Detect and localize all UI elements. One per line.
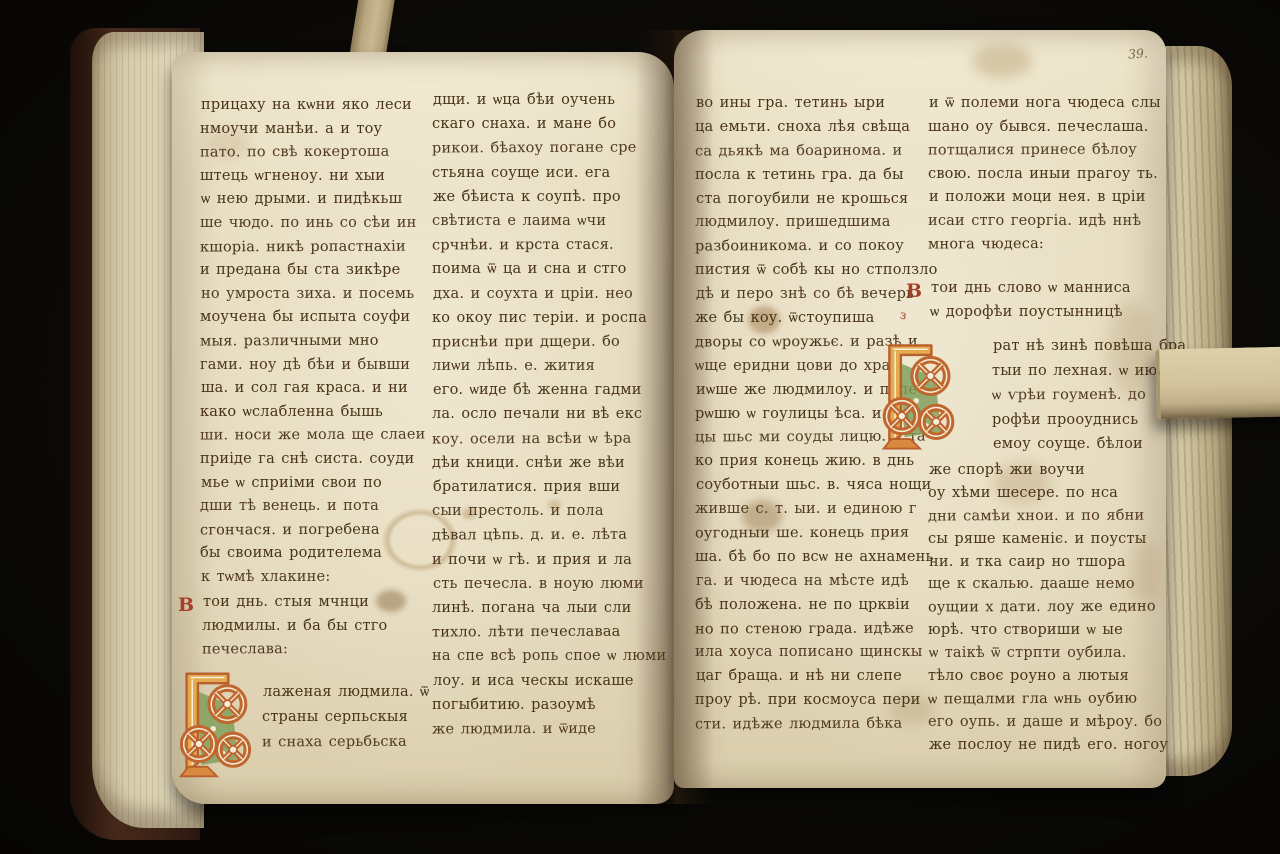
manuscript-line: людмилы. и ба бы стго [202, 618, 426, 642]
manuscript-line: шано оу бывся. печеслаша. [928, 119, 1158, 143]
manuscript-line: сыи престоль. и пола [432, 503, 656, 527]
manuscript-line: разбоиникома. и со покоу [695, 238, 919, 263]
manuscript-line: посла к тетинь гра. да бы [695, 167, 919, 191]
page-number: 39. [1128, 45, 1149, 61]
manuscript-line: многа чюдеса: [928, 235, 1158, 260]
manuscript-line: ша. и сол гая краса. и ни [201, 380, 425, 404]
manuscript-line: ще к скалью. дааше немо [928, 576, 1158, 599]
manuscript-line: тои днь слово ѡ манниса [931, 280, 1161, 304]
manuscript-line: но умроста зиха. и посемь [201, 286, 425, 310]
manuscript-line: же людмила. и ѿиде [432, 720, 656, 745]
manuscript-line: линѣ. погана ча лыи сли [432, 600, 656, 624]
manuscript-line: емоу соуще. бѣлои [993, 436, 1163, 461]
text-column-2: дщи. и ѡца бѣи оученьскаго снаха. и мане… [432, 92, 656, 745]
manuscript-line: людмилоу. пришедшима [695, 214, 919, 238]
manuscript-line: оущии х дати. лоу же едино [928, 599, 1158, 623]
manuscript-line: же послоу не пидѣ его. ногоу [929, 737, 1159, 760]
manuscript-line: печеслава: [202, 641, 426, 666]
manuscript-line: сти. идѣже людмила бѣка [695, 716, 919, 741]
manuscript-line: свѣтиста е лаима ѡчи [432, 213, 656, 237]
manuscript-line: сгончася. и погребена [200, 521, 424, 546]
manuscript-line: кшоріа. никѣ ропастнахіи [200, 238, 424, 263]
text-column-4-rubric: тои днь слово ѡ маннисаѡ дорофѣи поустын… [930, 280, 1160, 328]
rubric-initial: В [906, 280, 922, 302]
manuscript-line: его. ѡиде бѣ женна гадми [433, 382, 657, 406]
text-column-4: и ѿ полеми нога чюдеса слышано оу бывся.… [928, 95, 1158, 260]
manuscript-line: рат нѣ зинѣ повѣша бра [993, 338, 1163, 363]
manuscript-line: приіде га снѣ систа. соуди [200, 451, 424, 475]
initial-letter-value: Б [0, 0, 1, 1]
manuscript-line: лаженая людмила. ѿ [263, 684, 433, 709]
manuscript-line: оу хѣми шесере. по нса [928, 485, 1158, 508]
manuscript-line: сы ряше каменіє. и поусты [928, 531, 1158, 554]
manuscript-line: оугодныи ше. конець прия [695, 525, 919, 550]
manuscript-line: гами. ноу дѣ бѣи и бывши [200, 357, 424, 381]
manuscript-line: ѡ пещалми гла ѡнь оубию [928, 690, 1158, 714]
manuscript-line: прицаху на кѡни яко леси [201, 97, 425, 121]
manuscript-line: мье ѡ сприіми свои по [201, 475, 425, 499]
manuscript-line: сть печесла. в ноую люми [433, 576, 657, 600]
manuscript-line: ша. бѣ бо по всѡ не ахнамень [695, 549, 919, 573]
manuscript-line: са дьякѣ ма боаринома. и [695, 142, 919, 167]
manuscript-line: же бѣиста к соупѣ. про [433, 189, 657, 213]
manuscript-line: лоу. и иса ческы искаше [433, 673, 657, 697]
manuscript-line: приснѣи при дщери. бо [432, 333, 656, 358]
manuscript-line: дѣ и перо знѣ со бѣ вечерь [696, 286, 920, 310]
manuscript-line: стьяна соуще иси. ега [432, 165, 656, 189]
manuscript-line: га. и чюдеса на мѣсте идѣ [696, 573, 920, 597]
manuscript-line: и почи ѡ гѣ. и прия и ла [432, 552, 656, 576]
manuscript-line: но по стеною града. идѣже [695, 620, 919, 645]
manuscript-line: дщи. и ѡца бѣи оучень [433, 92, 657, 116]
manuscript-line: поима ѿ ца и сна и стго [432, 261, 656, 285]
manuscript-line: бы своима родителема [200, 545, 424, 569]
manuscript-line: ѡ ѵрѣи гоуменѣ. до [992, 387, 1162, 412]
manuscript-line: соуботныи шьс. в. чяса нощи [696, 477, 920, 501]
illuminated-initial-b [876, 330, 962, 464]
manuscript-line: бѣ положена. не по црквіи [695, 597, 919, 621]
wood-stick-right [1155, 347, 1280, 420]
initial-letter-value: Б [0, 0, 1, 1]
manuscript-line: страны серпьскыя [262, 709, 432, 734]
manuscript-line: скаго снаха. и мане бо [432, 116, 656, 140]
illuminated-initial-b [170, 668, 262, 782]
manuscript-line: рофѣи прооуднись [992, 412, 1162, 437]
text-column-1-beside-initial: лаженая людмила. ѿстраны серпьскыяи снах… [262, 684, 432, 759]
manuscript-line: ца емьти. сноха лѣя свѣща [695, 119, 919, 143]
manuscript-line: ши. носи же мола ще слаеи [200, 427, 424, 452]
manuscript-line: ѡ дорофѣи поустынницѣ [930, 304, 1160, 328]
manuscript-line: ѡ таікѣ ѿ стрпти оубила. [929, 645, 1159, 668]
manuscript-line: тѣло своє роуно а лютыя [928, 668, 1158, 691]
manuscript-line: юрѣ. что створиши ѡ ые [928, 622, 1158, 645]
manuscript-line: ла. осло печали ни вѣ екс [432, 406, 656, 430]
manuscript-line: ста погоубили не крошься [696, 191, 920, 215]
manuscript-line: пато. по свѣ кокертоша [200, 144, 424, 169]
manuscript-line: нмоучи манѣи. а и тоу [200, 121, 424, 145]
manuscript-line: ко окоу пис теріи. и роспа [432, 310, 656, 334]
manuscript-line: тои днь. стыя мчнци [203, 594, 427, 618]
manuscript-line: ѡ нею дрыми. и пидѣкьш [201, 191, 425, 215]
manuscript-line: на спе всѣ ропь спое ѡ люми [432, 648, 656, 672]
manuscript-line: исаи стго георгіа. идѣ ннѣ [928, 213, 1158, 237]
manuscript-line: ше чюдо. по инь со сѣи ин [200, 215, 424, 239]
text-column-4-beside-initial: рат нѣ зинѣ повѣша братыи по лехная. ѡ и… [992, 338, 1162, 461]
manuscript-line: тихло. лѣти печеславаа [432, 624, 656, 649]
manuscript-line: и предана бы ста зикѣре [200, 262, 424, 286]
manuscript-line: ни. и тка саир но тшора [929, 554, 1159, 577]
manuscript-line: во ины гра. тетинь ыри [696, 95, 920, 119]
manuscript-line: его оупь. и даше и мѣроу. бо [928, 714, 1158, 737]
text-column-1: прицаху на кѡни яко лесинмоучи манѣи. а … [200, 97, 424, 592]
manuscript-line: како ѡслабленна бышь [200, 404, 424, 428]
manuscript-line: цаг браща. и нѣ ни слепе [696, 668, 920, 692]
manuscript-photo: 39. прицаху на кѡни яко лесинмоучи манѣи… [0, 0, 1280, 854]
text-column-4-lower: же спорѣ жи воучиоу хѣми шесере. по нсад… [928, 462, 1158, 760]
manuscript-line: живше с. т. ыи. и единою г [695, 501, 919, 525]
manuscript-line: и снаха серьбьска [262, 734, 432, 760]
manuscript-line: пистия ѿ собѣ кы но стползло [695, 262, 919, 286]
manuscript-line: же спорѣ жи воучи [929, 462, 1159, 485]
manuscript-line: срчнѣи. и крста стася. [432, 237, 656, 262]
manuscript-line: мыя. различными мно [200, 332, 424, 357]
manuscript-line: дѣи кници. снѣи же вѣи [432, 455, 656, 479]
manuscript-line: рикои. бѣахоу погане сре [432, 140, 656, 165]
manuscript-line: моучена бы испыта соуфи [200, 309, 424, 333]
rubric-initial: В [178, 594, 194, 616]
manuscript-line: проу рѣ. при космоуса пери [695, 692, 919, 716]
manuscript-line: дха. и соухта и цріи. нео [433, 286, 657, 310]
manuscript-line: штець ѡгненоу. ни хыи [200, 168, 424, 192]
manuscript-line: и ѿ полеми нога чюдеса слы [929, 95, 1159, 119]
manuscript-line: тыи по лехная. ѡ июѡ [992, 363, 1162, 388]
manuscript-line: лиѡи лѣпь. е. жития [432, 358, 656, 382]
manuscript-line: дѣвал цѣпь. д. и. е. лѣта [432, 527, 656, 552]
manuscript-line: потщалися принесе бѣлоу [928, 141, 1158, 166]
manuscript-line: ила хоуса пописано щинскы [695, 644, 919, 668]
manuscript-line: коу. осели на всѣи ѡ ѣра [432, 430, 656, 455]
manuscript-line: дни самѣи хнои. и по ябни [928, 507, 1158, 531]
manuscript-line: дши тѣ венець. и пота [200, 498, 424, 522]
text-column-1-rubric: тои днь. стыя мчнцилюдмилы. и ба бы стго… [202, 594, 426, 665]
manuscript-line: и положи моци нея. в цріи [929, 189, 1159, 213]
manuscript-line: свою. посла иныи прагоу ть. [928, 166, 1158, 190]
manuscript-line: братилатися. прия вши [433, 479, 657, 503]
manuscript-line: погыбитию. разоумѣ [432, 697, 656, 721]
manuscript-line: к тѡмѣ хлакине: [201, 569, 425, 593]
